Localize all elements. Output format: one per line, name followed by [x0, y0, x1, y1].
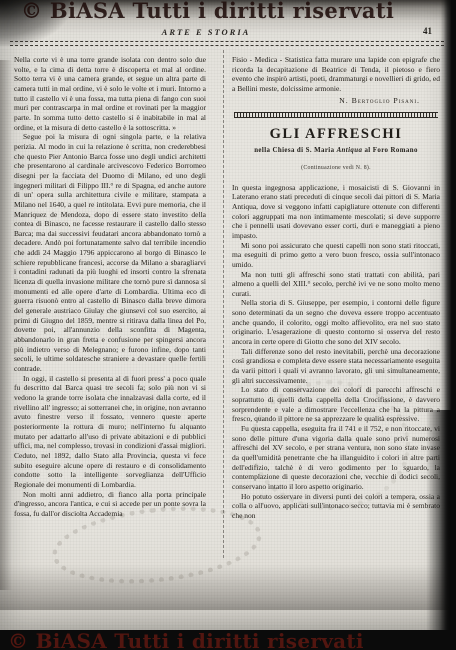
right-column: Fisio - Medica - Statistica fatta murare… [232, 55, 440, 521]
article-subtitle-text: nella Chiesa di S. Maria [254, 147, 336, 154]
bottom-black-band: © BiASA Tutti i diritti riservati [0, 630, 456, 650]
paper-background: ARTE E STORIA 41 Nella corte vi è una to… [0, 0, 456, 630]
article-subtitle-text: al Foro Romano [362, 147, 417, 154]
column-divider [223, 50, 224, 558]
paragraph: In questa ingegnosa applicazione, i mosa… [232, 183, 440, 241]
paragraph: Nella corte vi è una torre grande isolat… [14, 55, 206, 132]
paragraph: Non molti anni addietro, di fianco alla … [14, 490, 206, 519]
scan-shadow-right-bottom [426, 410, 456, 630]
paragraph: Fisio - Medica - Statistica fatta murare… [232, 55, 440, 94]
paragraph: Ma non tutti gli affreschi sono stati tr… [232, 270, 440, 299]
left-column: Nella corte vi è una torre grande isolat… [14, 55, 206, 519]
paragraph: In oggi, il castello si presenta al di f… [14, 374, 206, 490]
article-subtitle-italic: Antiqua [337, 147, 363, 154]
author-signature: N. Bertoglio Pisani. [232, 96, 440, 106]
header-rule [10, 41, 444, 46]
section-divider [234, 112, 438, 118]
paragraph: Lo stato di conservazione dei colori di … [232, 385, 440, 424]
page-number: 41 [423, 26, 432, 36]
paragraph: Fu questa cappella, eseguita fra il 741 … [232, 424, 440, 492]
paragraph: Tali differenze sono del resto inevitabi… [232, 347, 440, 386]
scan-shadow-left [0, 60, 12, 590]
paragraph: Nella storia di S. Giuseppe, per esempio… [232, 298, 440, 346]
copyright-watermark-bottom: © BiASA Tutti i diritti riservati [8, 629, 364, 650]
scanned-journal-page: ARTE E STORIA 41 Nella corte vi è una to… [0, 0, 456, 650]
article-subtitle: nella Chiesa di S. Maria Antiqua al Foro… [232, 146, 440, 156]
paragraph: Ho potuto osservare in diversi punti dei… [232, 492, 440, 521]
journal-title: ARTE E STORIA [0, 27, 412, 37]
continuation-note: (Continuazione vedi N. 8). [232, 164, 440, 174]
paragraph: Mi sono poi assicurato che questi capell… [232, 241, 440, 270]
copyright-watermark-top: © BiASA Tutti i diritti riservati [21, 0, 394, 23]
article-title: GLI AFFRESCHI [232, 126, 440, 142]
paragraph: Segue poi la misura di ogni singola part… [14, 132, 206, 373]
